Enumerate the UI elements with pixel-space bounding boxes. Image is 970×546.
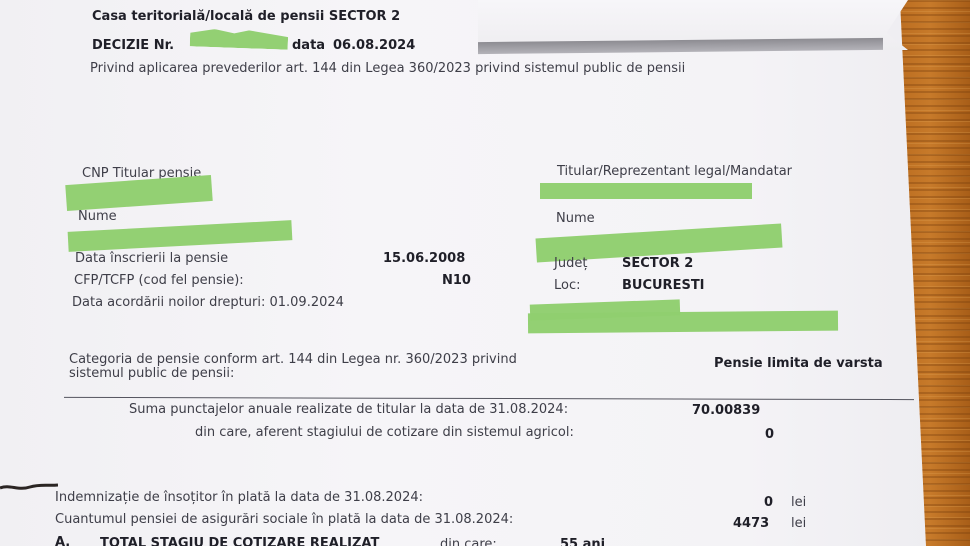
escort-allowance-value: 0 <box>764 495 773 510</box>
county-label: Județ <box>554 256 587 271</box>
registration-date-label: Data înscrierii la pensie <box>75 251 228 266</box>
paper-tear-mark <box>0 482 58 492</box>
decision-date: 06.08.2024 <box>333 38 415 53</box>
representative-title-label: Titular/Reprezentant legal/Mandatar <box>557 164 792 179</box>
section-a-suffix: din care: <box>440 537 497 546</box>
pension-code-label: CFP/TCFP (cod fel pensie): <box>74 273 244 288</box>
pension-amount-label: Cuantumul pensiei de asigurări sociale î… <box>55 512 513 527</box>
section-a-title: TOTAL STAGIU DE COTIZARE REALIZAT <box>100 536 379 546</box>
decision-date-label: data <box>292 38 325 53</box>
escort-allowance-label: Indemnizație de însoțitor în plată la da… <box>55 490 423 505</box>
representative-name-label: Nume <box>556 211 595 226</box>
holder-name-label: Nume <box>78 209 117 224</box>
section-a-years: 55 ani <box>560 537 605 546</box>
redaction-representative-cnp <box>540 183 752 199</box>
locality-value: BUCURESTI <box>622 278 705 293</box>
institution-title: Casa teritorială/locală de pensii SECTOR… <box>92 9 400 24</box>
pension-code: N10 <box>442 273 471 288</box>
points-agricultural-label: din care, aferent stagiului de cotizare … <box>195 425 574 440</box>
new-rights-date: Data acordării noilor drepturi: 01.09.20… <box>72 295 344 310</box>
redaction-address-line2 <box>528 311 838 334</box>
registration-date: 15.06.2008 <box>383 251 465 266</box>
escort-allowance-currency: lei <box>791 495 806 510</box>
pension-amount-currency: lei <box>791 516 806 531</box>
points-total-value: 70.00839 <box>692 403 760 418</box>
locality-label: Loc: <box>554 278 581 293</box>
pension-amount-value: 4473 <box>733 516 769 531</box>
points-agricultural-value: 0 <box>765 427 774 442</box>
category-value: Pensie limita de varsta <box>714 356 883 371</box>
category-label-line2: sistemul public de pensii: <box>69 366 234 381</box>
decision-number-label: DECIZIE Nr. <box>92 38 174 53</box>
points-total-label: Suma punctajelor anuale realizate de tit… <box>129 402 568 417</box>
category-label-line1: Categoria de pensie conform art. 144 din… <box>69 352 517 367</box>
section-a-marker: A. <box>55 535 70 546</box>
county-value: SECTOR 2 <box>622 256 693 271</box>
decision-subject: Privind aplicarea prevederilor art. 144 … <box>90 61 685 76</box>
